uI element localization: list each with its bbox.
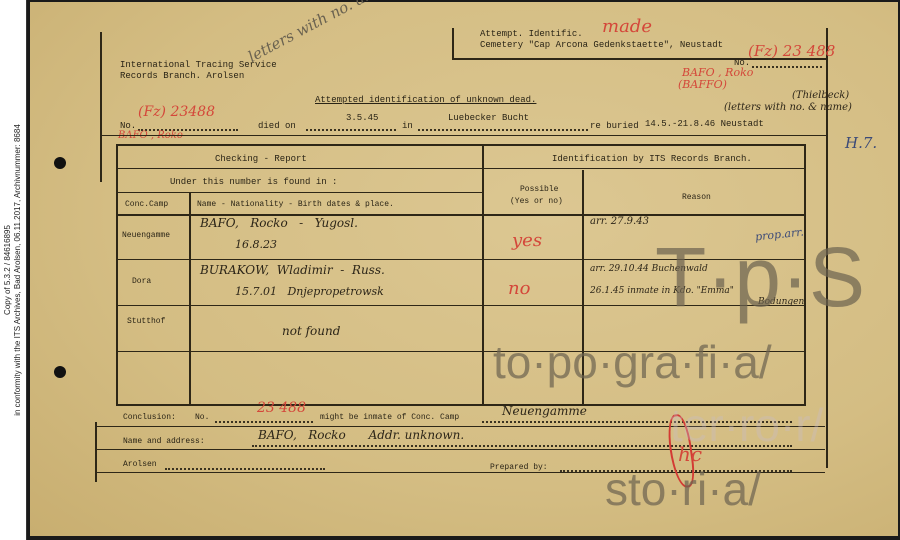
buried-value: 14.5.-21.8.46 Neustadt	[645, 119, 764, 130]
row1-camp: Neuengamme	[122, 230, 170, 241]
table-left	[116, 144, 118, 406]
row-rule-1	[116, 168, 806, 169]
conclusion-label: Conclusion:	[123, 412, 176, 423]
punch-hole-bottom	[54, 366, 66, 378]
cemetery-name: Cemetery "Cap Arcona Gedenkstaette", Neu…	[480, 40, 723, 51]
arolsen-label: Arolsen	[123, 459, 157, 470]
attempt-label: Attempt. Identific.	[480, 29, 583, 40]
identification-title: Identification by ITS Records Branch.	[552, 154, 752, 165]
watermark-line-terror: ter·ro·r/	[670, 400, 823, 450]
pencil-note-letters: letters with no. and name	[245, 0, 426, 66]
left-frame-line-lower	[95, 422, 97, 482]
org-branch: Records Branch. Arolsen	[120, 71, 244, 82]
thielbeck-note: (Thielbeck)	[792, 90, 849, 101]
copy-line-2: in conformity with the ITS Archives, Bad…	[13, 124, 23, 416]
conclusion-might-be: might be inmate of Conc. Camp	[320, 412, 459, 423]
row2-possible: no	[508, 278, 530, 299]
in-label: in	[402, 121, 413, 132]
table-top	[116, 144, 806, 146]
table-middle	[482, 144, 484, 406]
name-address-label: Name and address:	[123, 436, 205, 447]
col-header-reason: Reason	[682, 192, 711, 203]
conclusion-camp-value: Neuengamme	[502, 404, 587, 418]
place-dots	[418, 129, 588, 131]
index-card: International Tracing Service Records Br…	[30, 2, 898, 536]
card-no-dots	[752, 66, 822, 68]
card-no-value: (Fz) 23 488	[748, 42, 835, 60]
row1-birth: 16.8.23	[235, 238, 277, 251]
checking-report-title: Checking - Report	[215, 154, 307, 165]
left-frame-line	[100, 32, 102, 182]
row1-name: BAFO, Rocko - Yugosl.	[200, 216, 358, 230]
document-title: Attempted identification of unknown dead…	[315, 95, 536, 106]
record-line-rule	[100, 135, 826, 136]
watermark-logo: T·p·S	[655, 232, 865, 322]
row2-birth: 15.7.01 Dnjepropetrowsk	[235, 285, 384, 298]
died-on-value: 3.5.45	[346, 113, 378, 124]
name-address-value: BAFO, Rocko Addr. unknown.	[258, 428, 464, 442]
archive-copy-margin: Copy of 5.3.2 / 84616895 in conformity w…	[0, 0, 27, 540]
col-header-name: Name - Nationality - Birth dates & place…	[197, 199, 394, 210]
row1-reason: arr. 27.9.43	[590, 216, 649, 227]
col-header-camp: Conc.Camp	[125, 199, 168, 210]
died-dots	[306, 129, 396, 131]
watermark-line-topografia: to·po·gra·fi·a/	[493, 337, 772, 387]
conclusion-no-value: 23 488	[257, 400, 306, 416]
row1-possible: yes	[512, 230, 542, 251]
checking-report-subtitle: Under this number is found in :	[170, 177, 337, 188]
row-rule-2	[116, 192, 482, 193]
conclusion-no-dots	[215, 421, 313, 423]
row2-camp: Dora	[132, 276, 151, 287]
watermark-line-storia: sto·ri·a/	[605, 464, 761, 514]
row3-name: not found	[282, 324, 340, 338]
copy-line-1: Copy of 5.3.2 / 84616895	[3, 124, 13, 416]
camp-col-divider	[189, 192, 191, 404]
record-no-value: (Fz) 23488	[138, 104, 215, 120]
arolsen-dots	[165, 468, 325, 470]
row3-camp: Stutthof	[127, 316, 165, 327]
row2-name: BURAKOW, Wladimir - Russ.	[200, 263, 385, 277]
right-margin-note: H.7.	[845, 134, 877, 152]
conclusion-no-label: No.	[195, 412, 209, 423]
died-on-label: died on	[258, 121, 296, 132]
col-header-possible-hint: (Yes or no)	[510, 196, 563, 207]
place-value: Luebecker Bucht	[448, 113, 529, 124]
buried-label: re buried	[590, 121, 639, 132]
prepared-by-label: Prepared by:	[490, 462, 548, 473]
attempt-box-left	[452, 28, 454, 60]
col-header-possible: Possible	[520, 184, 558, 195]
attempt-status: made	[602, 16, 652, 37]
card-name-alt: (BAFFO)	[678, 78, 727, 91]
archive-copy-stamp: Copy of 5.3.2 / 84616895 in conformity w…	[3, 124, 23, 416]
letters-note: (letters with no. & name)	[724, 102, 852, 113]
punch-hole-top	[54, 157, 66, 169]
